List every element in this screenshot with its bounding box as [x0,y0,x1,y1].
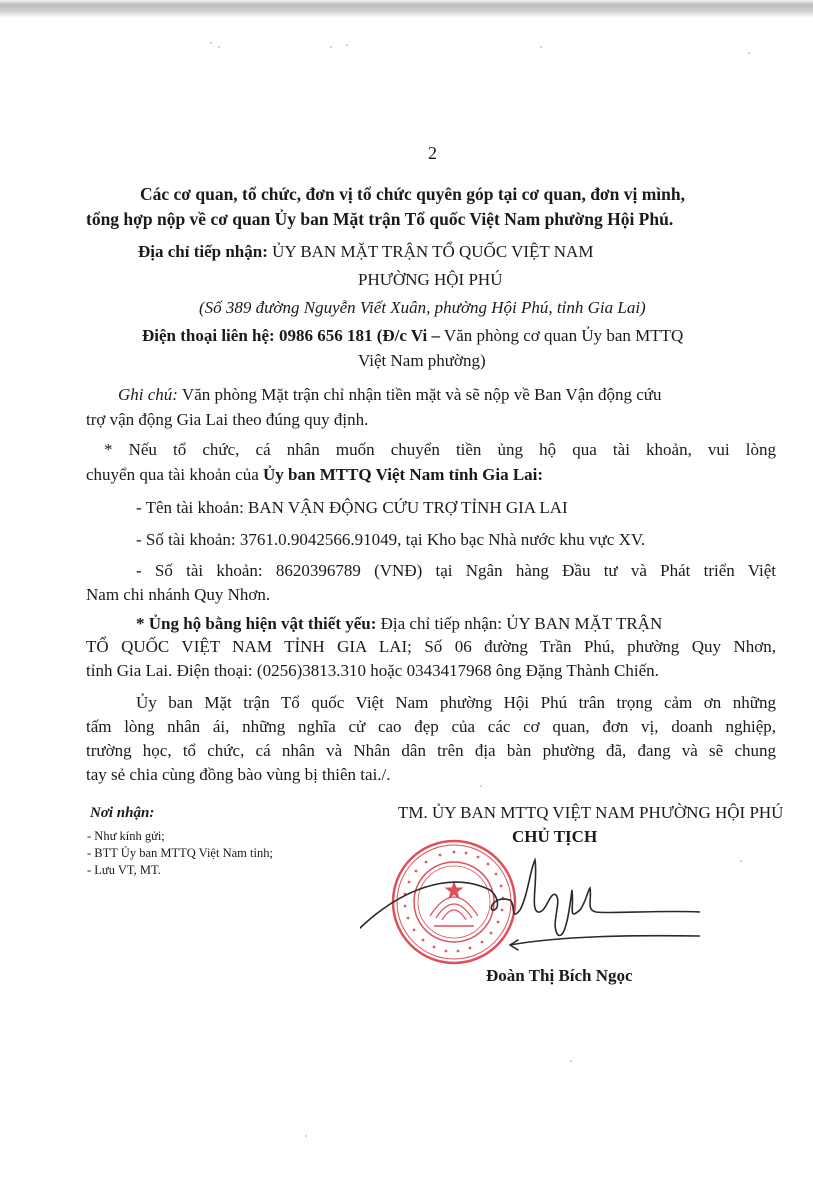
signer-position: CHỦ TỊCH [512,827,597,847]
account-number-bank: - Số tài khoản: 8620396789 (VNĐ) tại Ngâ… [136,561,776,581]
thanks-line-4: tay sẻ chia cùng đồng bào vùng bị thiên … [86,765,391,785]
note-line-2: trợ vận động Gia Lai theo đúng quy định. [86,410,368,430]
in-kind-line-2: TỔ QUỐC VIỆT NAM TỈNH GIA LAI; Số 06 đườ… [86,637,776,657]
on-behalf-title: TM. ỦY BAN MTTQ VIỆT NAM PHƯỜNG HỘI PHÚ [398,803,783,823]
in-kind-line-1: * Ủng hộ bằng hiện vật thiết yếu: Địa ch… [136,614,662,634]
receiving-address-ward: PHƯỜNG HỘI PHÚ [358,270,502,290]
thanks-line-1: Ủy ban Mặt trận Tổ quốc Việt Nam phường … [136,693,776,713]
thanks-line-3: trường học, tổ chức, cá nhân và Nhân dân… [86,741,776,761]
transfer-line-1: * Nếu tổ chức, cá nhân muốn chuyển tiền … [104,440,776,460]
thanks-line-2: tấm lòng nhân ái, những nghĩa cử cao đẹp… [86,717,776,737]
in-kind-line-3: tỉnh Gia Lai. Điện thoại: (0256)3813.310… [86,661,659,681]
transfer-org: Ủy ban MTTQ Việt Nam tỉnh Gia Lai: [263,465,543,484]
recipients-label: Nơi nhận: [90,805,154,822]
transfer-line-2: chuyển qua tài khoản của Ủy ban MTTQ Việ… [86,465,543,485]
receiving-address: Địa chỉ tiếp nhận: ỦY BAN MẶT TRẬN TỔ QU… [138,242,593,262]
account-bank-branch: Nam chi nhánh Quy Nhơn. [86,585,270,605]
note-line-1: Ghi chú: Văn phòng Mặt trận chỉ nhận tiề… [118,385,662,405]
receiving-address-street: (Số 389 đường Nguyễn Viết Xuân, phường H… [199,298,646,318]
contact-phone-office: Văn phòng cơ quan Ủy ban MTTQ [444,326,683,345]
account-name: - Tên tài khoản: BAN VẬN ĐỘNG CỨU TRỢ TỈ… [136,498,568,518]
receiving-address-org: ỦY BAN MẶT TRẬN TỔ QUỐC VIỆT NAM [272,242,593,261]
in-kind-label: * Ủng hộ bằng hiện vật thiết yếu: [136,614,376,633]
contact-phone-office-line2: Việt Nam phường) [358,351,486,371]
signer-name: Đoàn Thị Bích Ngọc [486,966,633,986]
recipient-item: - Như kính gửi; [87,829,165,844]
document-page: 2 Các cơ quan, tổ chức, đơn vị tổ chức q… [0,0,813,1200]
recipient-item: - BTT Ủy ban MTTQ Việt Nam tỉnh; [87,846,273,861]
intro-line-2: tổng hợp nộp về cơ quan Ủy ban Mặt trận … [86,209,673,230]
page-number: 2 [428,143,437,164]
handwritten-signature-icon [360,850,700,960]
contact-phone-label: Điện thoại liên hệ: 0986 656 181 (Đ/c Vi… [142,326,440,345]
account-number-treasury: - Số tài khoản: 3761.0.9042566.91049, tạ… [136,530,645,550]
recipient-item: - Lưu VT, MT. [87,863,161,878]
note-label: Ghi chú: [118,385,178,404]
contact-phone: Điện thoại liên hệ: 0986 656 181 (Đ/c Vi… [142,326,683,346]
intro-line-1: Các cơ quan, tổ chức, đơn vị tổ chức quy… [140,184,685,205]
receiving-address-label: Địa chỉ tiếp nhận: [138,242,268,261]
